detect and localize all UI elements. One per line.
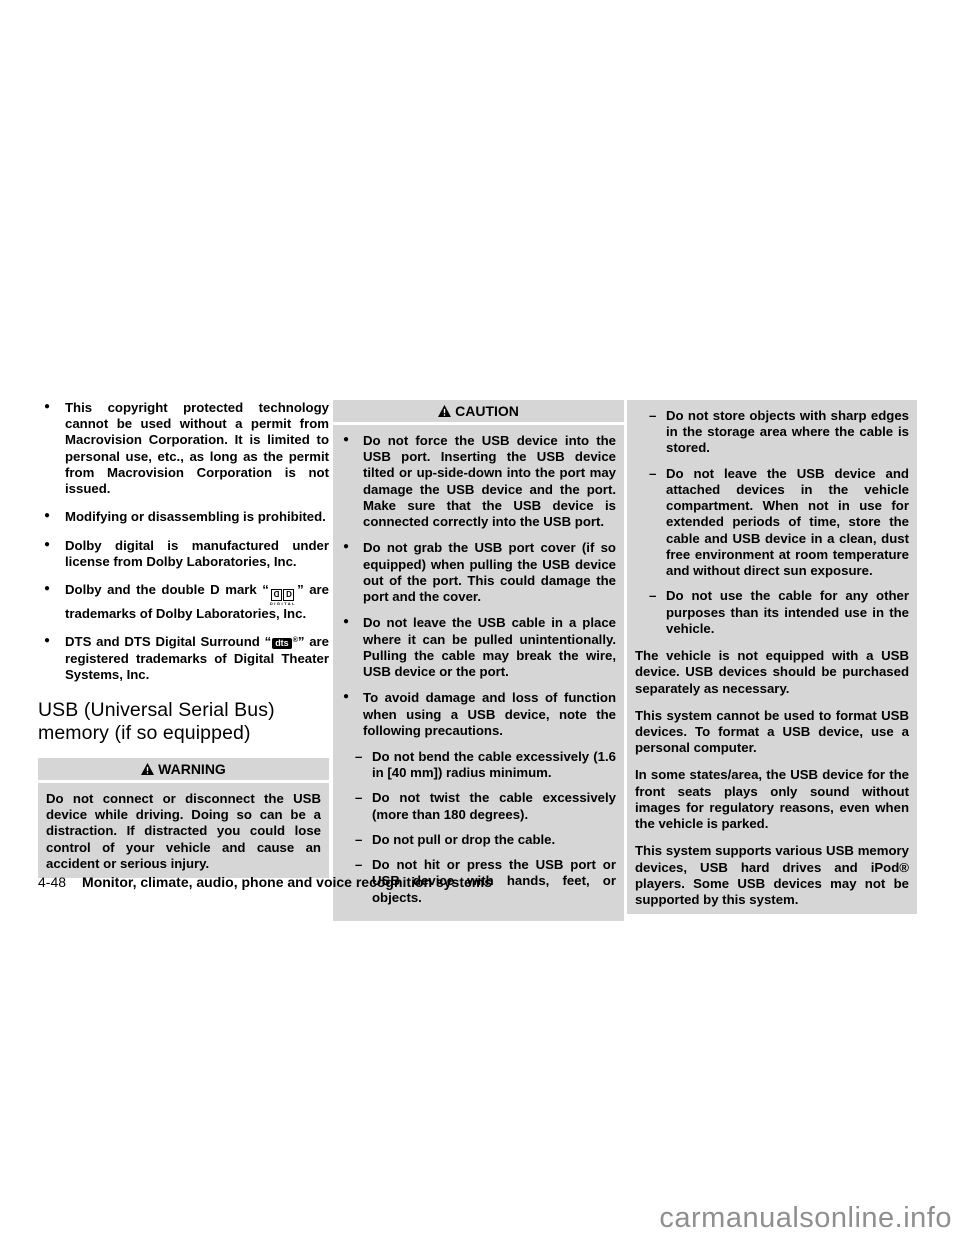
warning-body: Do not connect or disconnect the USB dev…: [38, 783, 329, 878]
page-footer: 4-48Monitor, climate, audio, phone and v…: [38, 874, 492, 890]
caution-item-text: To avoid damage and loss of function whe…: [363, 690, 616, 737]
list-item: ● This copyright protected technology ca…: [38, 400, 329, 497]
caution-title: CAUTION: [455, 403, 519, 419]
bullet-icon: ●: [343, 616, 349, 628]
caution-box: CAUTION ● Do not force the USB device in…: [333, 400, 624, 921]
list-item: ● Dolby digital is manufactured under li…: [38, 538, 329, 570]
caution-bullet-list: ● Do not force the USB device into the U…: [341, 433, 616, 739]
caution-body: ● Do not force the USB device into the U…: [333, 425, 624, 921]
bullet-icon: ●: [44, 510, 50, 522]
list-item: ● Do not force the USB device into the U…: [341, 433, 616, 530]
dash-icon: –: [355, 857, 362, 873]
caution-sub-text: Do not leave the USB device and attached…: [666, 466, 909, 578]
warning-title: WARNING: [158, 761, 226, 777]
list-item: ● DTS and DTS Digital Surround “dts®” ar…: [38, 634, 329, 683]
caution-continued-box: – Do not store objects with sharp edges …: [627, 400, 917, 914]
caution-sub-text: Do not use the cable for any other purpo…: [666, 588, 909, 635]
dolby-digital-logo-icon: DDDIGITAL: [270, 589, 296, 606]
list-item: ● Dolby and the double D mark “DDDIGITAL…: [38, 582, 329, 622]
usb-notes: The vehicle is not equipped with a USB d…: [635, 648, 909, 908]
bullet-icon: ●: [343, 434, 349, 446]
copyright-item-text: This copyright protected technology cann…: [65, 400, 329, 496]
dash-icon: –: [355, 832, 362, 848]
bullet-icon: ●: [44, 539, 50, 551]
list-item: ● Do not grab the USB port cover (if so …: [341, 540, 616, 605]
dash-icon: –: [355, 749, 362, 765]
usb-section-heading: USB (Universal Serial Bus) memory (if so…: [38, 699, 329, 746]
caution-sub-text: Do not twist the cable excessively (more…: [372, 790, 616, 821]
dolby-item-text-before: Dolby and the double D mark “: [65, 582, 269, 597]
caution-continued-list: – Do not store objects with sharp edges …: [635, 408, 909, 637]
dolby-d-left: D: [271, 589, 282, 601]
dash-icon: –: [355, 790, 362, 806]
list-item: ● Modifying or disassembling is prohibit…: [38, 509, 329, 525]
caution-item-text: Do not force the USB device into the USB…: [363, 433, 616, 529]
list-item: – Do not twist the cable excessively (mo…: [341, 790, 616, 822]
caution-item-text: Do not leave the USB cable in a place wh…: [363, 615, 616, 679]
list-item: – Do not leave the USB device and attach…: [635, 466, 909, 580]
list-item: – Do not store objects with sharp edges …: [635, 408, 909, 457]
copyright-item-text: Dolby digital is manufactured under lice…: [65, 538, 329, 569]
caution-sub-text: Do not store objects with sharp edges in…: [666, 408, 909, 455]
chapter-title: Monitor, climate, audio, phone and voice…: [82, 874, 492, 890]
warning-title-bar: WARNING: [38, 758, 329, 780]
dash-icon: –: [649, 466, 656, 482]
page-number: 4-48: [38, 874, 66, 890]
dash-icon: –: [649, 588, 656, 604]
bullet-icon: ●: [44, 635, 50, 647]
list-item: – Do not bend the cable excessively (1.6…: [341, 749, 616, 781]
note-paragraph: In some states/area, the USB device for …: [635, 767, 909, 832]
note-paragraph: This system cannot be used to format USB…: [635, 708, 909, 757]
dash-icon: –: [649, 408, 656, 424]
list-item: – Do not use the cable for any other pur…: [635, 588, 909, 637]
bullet-icon: ●: [44, 401, 50, 413]
caution-triangle-icon: [438, 404, 451, 420]
manual-page: { "colors": { "box_gray": "#d6d6d6", "te…: [0, 0, 960, 1242]
dts-item-text-before: DTS and DTS Digital Surround “: [65, 634, 271, 649]
copyright-bullet-list: ● This copyright protected technology ca…: [38, 400, 329, 683]
bullet-icon: ●: [343, 541, 349, 553]
column-caution: CAUTION ● Do not force the USB device in…: [333, 400, 624, 921]
note-paragraph: This system supports various USB memory …: [635, 843, 909, 908]
column-copyright: ● This copyright protected technology ca…: [38, 400, 329, 878]
caution-sub-text: Do not pull or drop the cable.: [372, 832, 555, 847]
dolby-d-right: D: [283, 589, 294, 601]
watermark-text: carmanualsonline.info: [659, 1202, 952, 1235]
column-caution-continued: – Do not store objects with sharp edges …: [627, 400, 917, 914]
list-item: ● To avoid damage and loss of function w…: [341, 690, 616, 739]
note-paragraph: The vehicle is not equipped with a USB d…: [635, 648, 909, 697]
dts-logo-icon: dts: [272, 638, 292, 649]
bullet-icon: ●: [44, 583, 50, 595]
bullet-icon: ●: [343, 691, 349, 703]
caution-item-text: Do not grab the USB port cover (if so eq…: [363, 540, 616, 604]
copyright-item-text: Modifying or disassembling is prohibited…: [65, 509, 326, 524]
list-item: – Do not pull or drop the cable.: [341, 832, 616, 848]
caution-title-bar: CAUTION: [333, 400, 624, 422]
caution-sub-text: Do not bend the cable excessively (1.6 i…: [372, 749, 616, 780]
warning-box: WARNING Do not connect or disconnect the…: [38, 758, 329, 878]
list-item: ● Do not leave the USB cable in a place …: [341, 615, 616, 680]
warning-triangle-icon: [141, 762, 154, 778]
